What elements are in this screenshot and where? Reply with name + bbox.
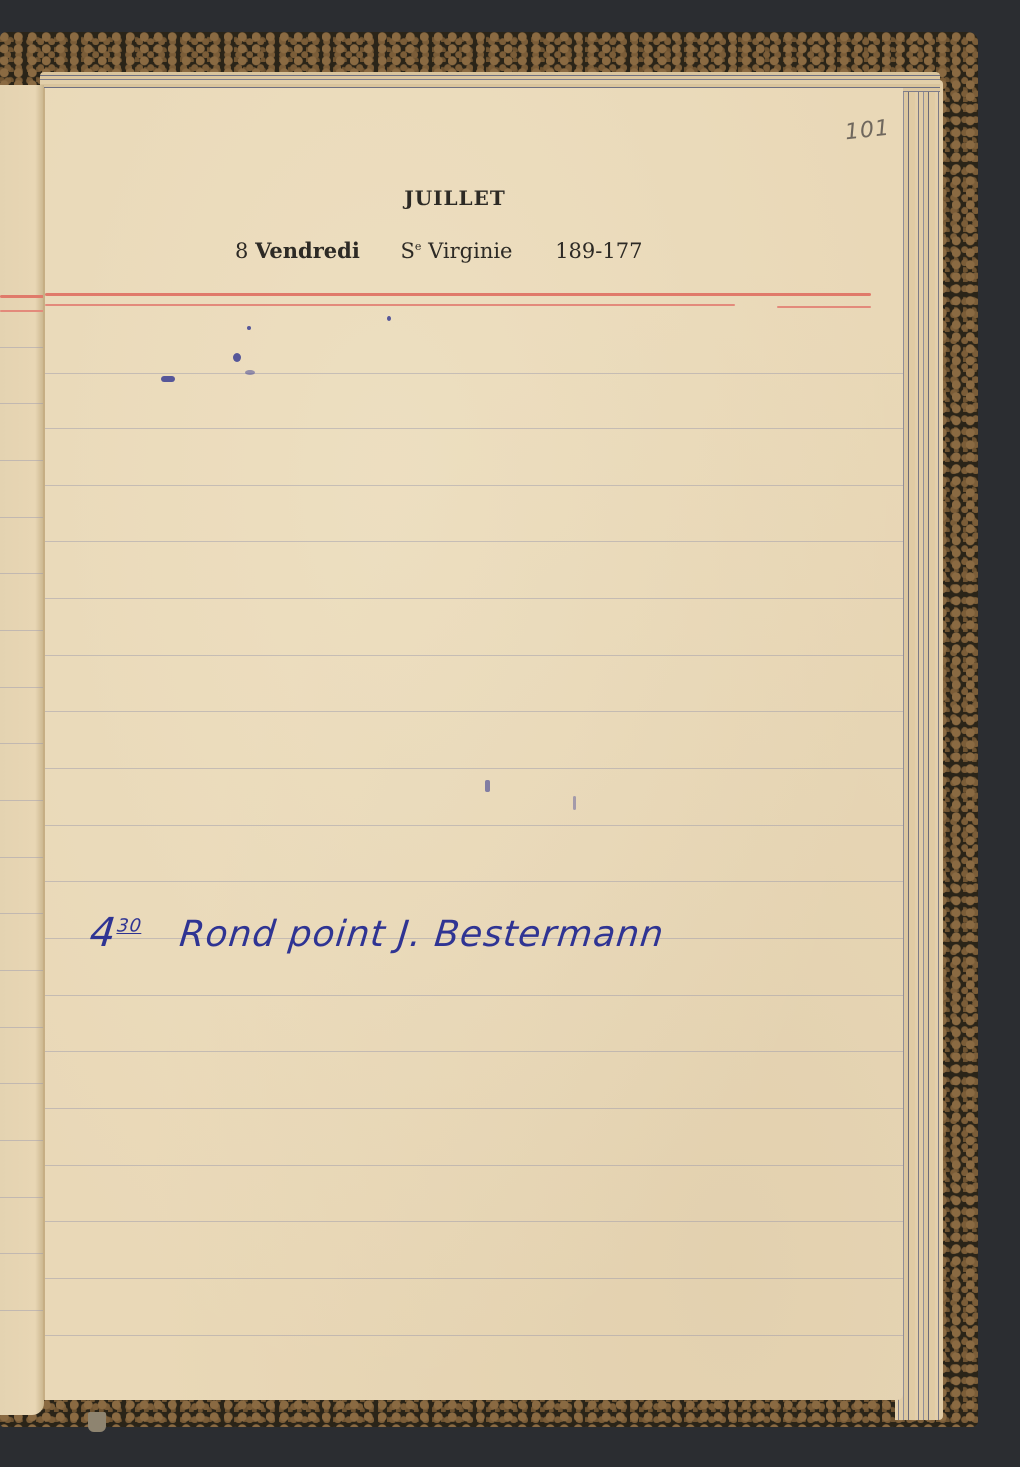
header-rule-thin-right — [777, 306, 871, 308]
saint-of-day: Se Virginie — [401, 239, 513, 263]
ruled-line — [45, 881, 903, 882]
ruled-line — [45, 1278, 903, 1279]
header-rule-thin — [45, 304, 735, 306]
left-margin-rule-thin — [0, 310, 44, 312]
handwritten-entry: 430 Rond point J. Bestermann — [88, 910, 667, 956]
ruled-line — [45, 1108, 903, 1109]
ruled-line — [45, 825, 903, 826]
page-number: 101 — [844, 116, 891, 146]
ruled-line — [45, 373, 903, 374]
ruled-line — [45, 768, 903, 769]
weekday: Vendredi — [255, 238, 360, 263]
ruled-line — [45, 1051, 903, 1052]
left-facing-page — [0, 85, 44, 1415]
ruled-line — [45, 711, 903, 712]
ink-bleed — [161, 376, 175, 382]
bookmark-tab — [88, 1412, 106, 1432]
day-number: 8 — [235, 239, 248, 263]
diary-page: 101 JUILLET 8 Vendredi Se Virginie 189-1… — [43, 88, 903, 1400]
ruled-line — [45, 1221, 903, 1222]
ink-bleed — [573, 796, 576, 810]
month-heading: JUILLET — [45, 186, 865, 210]
ink-bleed — [247, 326, 251, 330]
day-count: 189-177 — [555, 239, 642, 263]
ruled-line — [45, 1335, 903, 1336]
ruled-line — [45, 428, 903, 429]
ink-bleed — [245, 370, 255, 375]
ruled-line — [45, 541, 903, 542]
header-rule — [45, 293, 871, 296]
ruled-line — [45, 598, 903, 599]
entry-text: Rond point J. Bestermann — [178, 914, 667, 955]
left-margin-rule — [0, 295, 44, 298]
ink-bleed — [387, 316, 391, 321]
entry-time: 430 — [88, 910, 144, 956]
ruled-line — [45, 655, 903, 656]
ruled-line — [45, 995, 903, 996]
ruled-line — [45, 485, 903, 486]
ink-bleed — [233, 353, 241, 362]
ruled-line — [45, 1165, 903, 1166]
day-header: 8 Vendredi Se Virginie 189-177 — [235, 238, 642, 263]
ink-bleed — [485, 780, 490, 792]
